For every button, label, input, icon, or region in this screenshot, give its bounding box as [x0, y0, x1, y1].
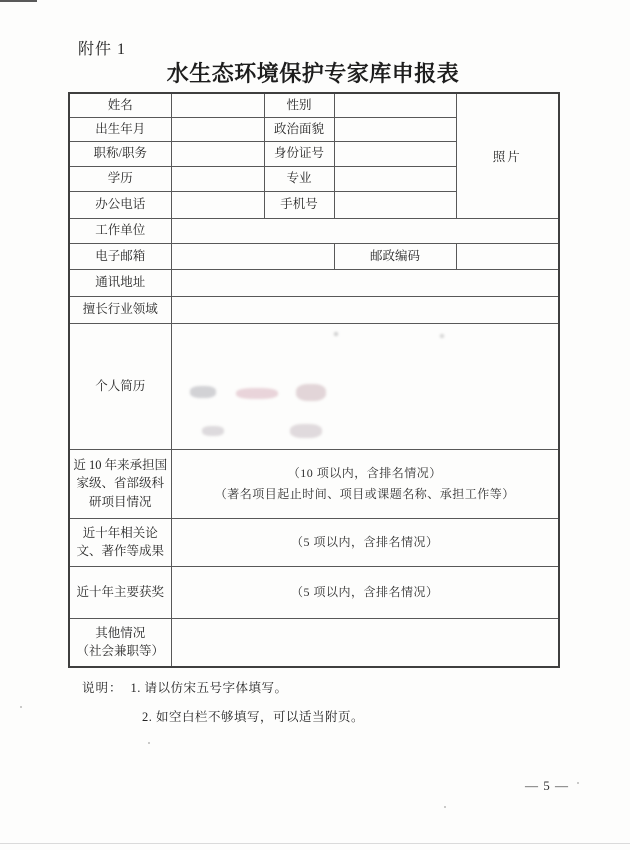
field-value-mobile	[334, 191, 456, 218]
attachment-label: 附件 1	[78, 36, 126, 59]
scan-speck	[148, 742, 150, 744]
field-label-postal-code: 邮政编码	[334, 243, 456, 269]
scan-smudge	[440, 334, 444, 338]
field-label-research-projects: 近 10 年来承担国家级、省部级科研项目情况	[69, 449, 171, 518]
field-label-expertise-fields: 擅长行业领域	[69, 296, 171, 323]
field-hint-research-projects: （10 项以内，含排名情况） （著名项目起止时间、项目或课题名称、承担工作等）	[171, 449, 559, 518]
field-value-political-status	[334, 117, 456, 141]
field-label-email: 电子邮箱	[69, 243, 171, 269]
field-hint-major-awards: （5 项以内，含排名情况）	[171, 566, 559, 618]
field-value-id-number	[334, 141, 456, 166]
field-value-birthdate	[171, 117, 264, 141]
field-label-major-awards: 近十年主要获奖	[69, 566, 171, 618]
scan-smudge	[190, 386, 216, 398]
field-label-major: 专业	[264, 166, 334, 191]
application-form-table: 姓名 性别 照片 出生年月 政治面貌 职称/职务 身份证号 学历	[68, 92, 560, 668]
table-row: 电子邮箱 邮政编码	[69, 243, 559, 269]
scan-edge-artifact	[0, 0, 37, 2]
note-item-2: 2. 如空白栏不够填写，可以适当附页。	[142, 707, 364, 725]
note-item-1: 1. 请以仿宋五号字体填写。	[131, 678, 288, 696]
field-label-birthdate: 出生年月	[69, 117, 171, 141]
field-value-gender	[334, 93, 456, 117]
page-number: — 5 —	[512, 778, 582, 794]
scan-smudge	[296, 384, 326, 401]
scan-smudge	[236, 388, 278, 399]
table-row: 个人简历	[69, 323, 559, 449]
field-label-political-status: 政治面貌	[264, 117, 334, 141]
field-label-office-phone: 办公电话	[69, 191, 171, 218]
field-label-papers-works: 近十年相关论文、著作等成果	[69, 518, 171, 566]
field-value-postal-code	[456, 243, 559, 269]
field-value-work-unit	[171, 218, 559, 243]
notes-prefix: 说明：	[82, 678, 123, 696]
field-value-other-info	[171, 618, 559, 667]
field-value-major	[334, 166, 456, 191]
field-label-title-position: 职称/职务	[69, 141, 171, 166]
hint-line: （著名项目起止时间、项目或课题名称、承担工作等）	[175, 484, 556, 505]
scan-bottom-edge	[0, 843, 630, 844]
table-row: 擅长行业领域	[69, 296, 559, 323]
scan-smudge	[202, 426, 224, 436]
field-value-expertise-fields	[171, 296, 559, 323]
field-value-email	[171, 243, 334, 269]
document-page: 附件 1 水生态环境保护专家库申报表 姓名 性别 照片 出生年月 政治面貌 职称…	[0, 0, 630, 850]
field-value-title-position	[171, 141, 264, 166]
table-row: 近十年相关论文、著作等成果 （5 项以内，含排名情况）	[69, 518, 559, 566]
table-row: 近 10 年来承担国家级、省部级科研项目情况 （10 项以内，含排名情况） （著…	[69, 449, 559, 518]
field-label-name: 姓名	[69, 93, 171, 117]
field-label-mailing-address: 通讯地址	[69, 269, 171, 296]
table-row: 近十年主要获奖 （5 项以内，含排名情况）	[69, 566, 559, 618]
field-label-mobile: 手机号	[264, 191, 334, 218]
field-label-education: 学历	[69, 166, 171, 191]
field-value-resume	[171, 323, 559, 449]
field-label-resume: 个人简历	[69, 323, 171, 449]
scan-speck	[444, 806, 446, 808]
notes-block: 说明： 1. 请以仿宋五号字体填写。 2. 如空白栏不够填写，可以适当附页。	[82, 678, 364, 725]
scan-smudge	[334, 332, 338, 336]
field-value-education	[171, 166, 264, 191]
page-title: 水生态环境保护专家库申报表	[68, 57, 558, 88]
field-label-id-number: 身份证号	[264, 141, 334, 166]
hint-line: （5 项以内，含排名情况）	[175, 532, 556, 553]
field-value-mailing-address	[171, 269, 559, 296]
photo-cell: 照片	[456, 93, 559, 218]
field-value-name	[171, 93, 264, 117]
table-row: 其他情况 （社会兼职等）	[69, 618, 559, 667]
note-line: 说明： 1. 请以仿宋五号字体填写。	[82, 678, 364, 696]
hint-line: （10 项以内，含排名情况）	[175, 463, 556, 484]
field-value-office-phone	[171, 191, 264, 218]
scan-smudge	[290, 424, 322, 438]
field-label-gender: 性别	[264, 93, 334, 117]
table-row: 工作单位	[69, 218, 559, 243]
table-row: 姓名 性别 照片	[69, 93, 559, 117]
field-label-other-info: 其他情况 （社会兼职等）	[69, 618, 171, 667]
field-hint-papers-works: （5 项以内，含排名情况）	[171, 518, 559, 566]
field-label-work-unit: 工作单位	[69, 218, 171, 243]
scan-speck	[20, 706, 22, 708]
hint-line: （5 项以内，含排名情况）	[175, 582, 556, 603]
table-row: 通讯地址	[69, 269, 559, 296]
